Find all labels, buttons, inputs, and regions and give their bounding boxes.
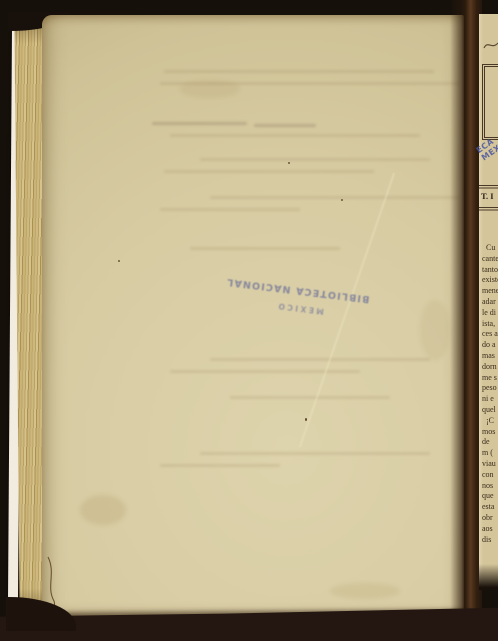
text-fragment: ces a bbox=[482, 329, 498, 340]
text-fragment: le di bbox=[482, 308, 498, 319]
text-fragment: ista, bbox=[482, 319, 498, 330]
ghost-line bbox=[164, 170, 374, 173]
tome-rule-bottom bbox=[479, 207, 498, 208]
stain bbox=[420, 300, 450, 360]
text-fragment: adar bbox=[482, 297, 498, 308]
text-fragment: m ( bbox=[482, 448, 498, 459]
ghost-line bbox=[200, 452, 430, 455]
text-fragment: Cu bbox=[482, 243, 498, 254]
ghost-line bbox=[254, 124, 316, 127]
text-fragment: me s bbox=[482, 373, 498, 384]
speck bbox=[118, 260, 120, 262]
text-fragment: mene bbox=[482, 286, 498, 297]
stain bbox=[330, 583, 400, 599]
ghost-line bbox=[210, 196, 460, 199]
gutter-shadow bbox=[450, 0, 482, 641]
title-frame bbox=[482, 64, 498, 140]
tome-rule-top bbox=[479, 185, 498, 186]
text-fragment: de bbox=[482, 437, 498, 448]
ghost-line bbox=[210, 358, 430, 361]
ghost-line bbox=[200, 158, 430, 161]
scanned-book-photo: BIBLIOTECA NACIONAL MEXICO ECA MEX T. I … bbox=[0, 0, 498, 641]
clipped-text-column: Cucantetantoexistemeneadarle diista,ces … bbox=[482, 243, 498, 545]
text-fragment: viau bbox=[482, 459, 498, 470]
ghost-line bbox=[152, 122, 247, 125]
tome-label: T. I bbox=[481, 191, 494, 201]
text-fragment: aos bbox=[482, 524, 498, 535]
text-fragment: que bbox=[482, 491, 498, 502]
text-fragment: do a bbox=[482, 340, 498, 351]
text-fragment: cante bbox=[482, 254, 498, 265]
library-stamp: BIBLIOTECA NACIONAL MEXICO bbox=[230, 277, 370, 323]
text-fragment: con bbox=[482, 470, 498, 481]
ghost-line bbox=[170, 134, 420, 137]
speck bbox=[341, 199, 343, 201]
text-fragment: peso bbox=[482, 383, 498, 394]
text-fragment: esta bbox=[482, 502, 498, 513]
text-fragment: dis bbox=[482, 535, 498, 546]
ghost-line bbox=[230, 396, 390, 399]
stain bbox=[180, 80, 240, 98]
ghost-line bbox=[164, 70, 434, 73]
ghost-line bbox=[160, 464, 280, 467]
stain bbox=[80, 495, 126, 525]
text-fragment: mas bbox=[482, 351, 498, 362]
ink-squiggle bbox=[483, 38, 498, 52]
next-page-sliver: ECA MEX T. I Cucantetantoexistemeneadarl… bbox=[479, 14, 498, 590]
sliver-stamp-fragment: ECA MEX bbox=[475, 136, 498, 163]
text-fragment: ni e bbox=[482, 394, 498, 405]
ghost-line bbox=[170, 370, 360, 373]
ghost-line bbox=[160, 208, 300, 211]
text-fragment: mos bbox=[482, 427, 498, 438]
text-fragment: nos bbox=[482, 481, 498, 492]
speck bbox=[288, 162, 290, 164]
text-fragment: dorn bbox=[482, 362, 498, 373]
text-fragment: existe bbox=[482, 275, 498, 286]
text-fragment: tanto bbox=[482, 265, 498, 276]
text-fragment: ¡C bbox=[482, 416, 498, 427]
text-fragment: quel bbox=[482, 405, 498, 416]
blank-verso-page: BIBLIOTECA NACIONAL MEXICO bbox=[42, 15, 464, 617]
text-fragment: obr bbox=[482, 513, 498, 524]
ghost-line bbox=[190, 247, 340, 250]
